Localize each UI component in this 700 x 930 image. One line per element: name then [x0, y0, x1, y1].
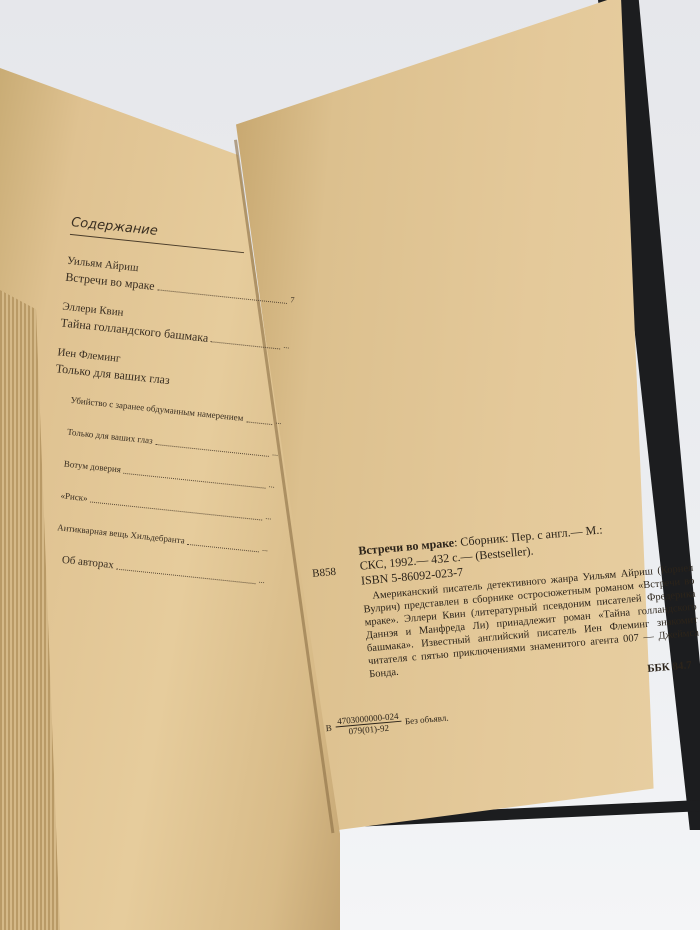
toc-subentry-title: Только для ваших глаз	[66, 424, 153, 449]
toc-entry: Уильям Айриш Встречи во мраке7	[65, 253, 297, 309]
fraction-prefix: В	[325, 722, 332, 732]
toc-subentry-title: Антикварная вещь Хильдебранта	[56, 519, 185, 548]
fraction-note: Без объявл.	[405, 712, 449, 726]
toc-subentry-title: Вотум доверия	[63, 456, 122, 478]
library-code: В858	[312, 566, 337, 580]
toc-subentry-title: «Риск»	[60, 487, 89, 506]
toc-subentry-title: Убийство с заранее обдуманным намерением	[70, 392, 244, 426]
toc-subentry: Об авторах...	[35, 549, 265, 589]
toc-subentry: Вотум доверия...	[45, 454, 275, 494]
toc-subentry: Только для ваших глаз...	[49, 422, 279, 462]
toc-subentry: «Риск»...	[42, 486, 272, 526]
toc-entry: Иен Флеминг Только для ваших глаз	[55, 344, 287, 400]
table-of-contents: Содержание Уильям Айриш Встречи во мраке…	[34, 215, 301, 605]
toc-subentry: Антикварная вещь Хильдебранта...	[39, 517, 269, 557]
toc-subentry-title: Об авторах	[61, 552, 115, 573]
toc-entry: Эллери Квин Тайна голландского башмака..…	[60, 299, 292, 355]
bibliographic-imprint: Встречи во мраке: Сборник: Пер. с англ.—…	[310, 515, 700, 704]
